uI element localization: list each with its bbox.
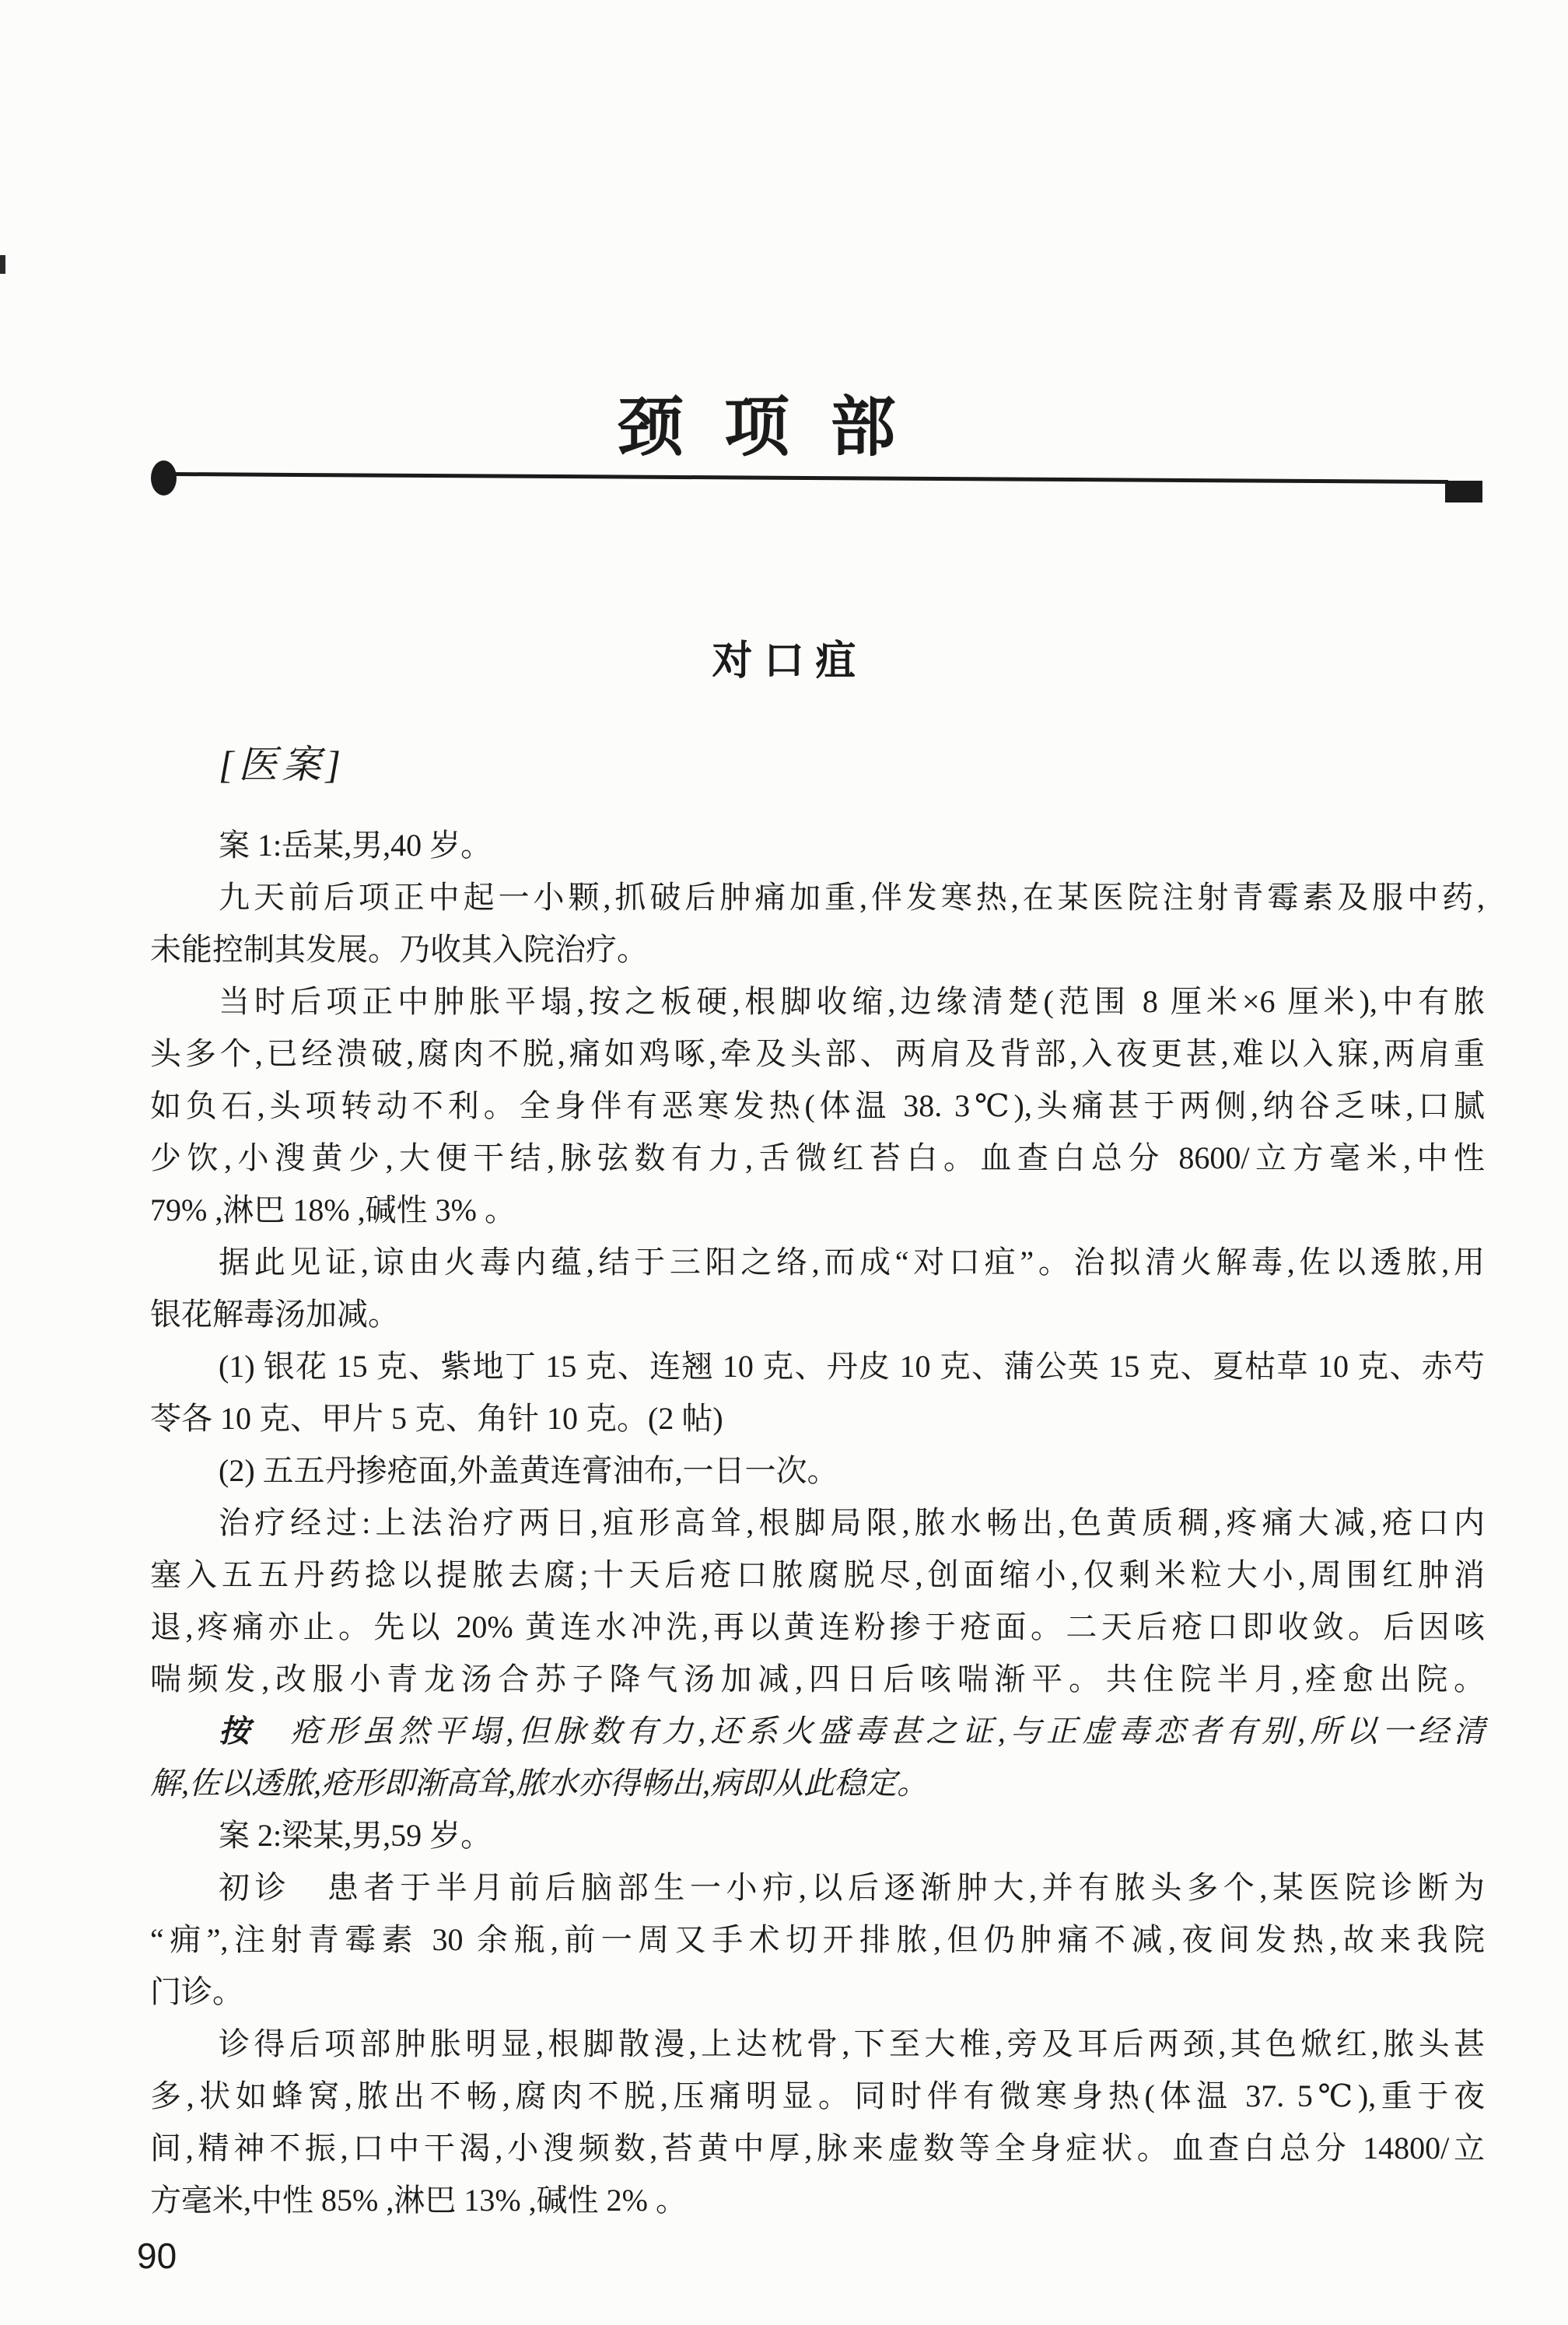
text-line: 苓各 10 克、甲片 5 克、角针 10 克。(2 帖) xyxy=(150,1392,1485,1444)
text-line: 头多个,已经溃破,腐肉不脱,痛如鸡啄,牵及头部、两肩及背部,入夜更甚,难以入寐,… xyxy=(150,1028,1485,1080)
text-line: 方毫米,中性 85% ,淋巴 13% ,碱性 2% 。 xyxy=(150,2174,1485,2226)
scan-artifact xyxy=(0,255,5,274)
section-title: 对 口 疽 xyxy=(0,638,1568,685)
text-line: 门诊。 xyxy=(150,1966,1485,2018)
text-line: 少饮,小溲黄少,大便干结,脉弦数有力,舌微红苔白。血查白总分 8600/立方毫米… xyxy=(150,1132,1485,1184)
text-line: 解,佐以透脓,疮形即渐高耸,脓水亦得畅出,病即从此稳定。 xyxy=(150,1757,1485,1809)
text-line: 多,状如蜂窝,脓出不畅,腐肉不脱,压痛明显。同时伴有微寒身热(体温 37. 5℃… xyxy=(150,2070,1485,2122)
emphasis-label: 按 xyxy=(219,1714,254,1749)
text-line: 退,疼痛亦止。先以 20% 黄连水冲洗,再以黄连粉掺于疮面。二天后疮口即收敛。后… xyxy=(150,1601,1485,1653)
text-line: 诊得后项部肿胀明显,根脚散漫,上达枕骨,下至大椎,旁及耳后两颈,其色焮红,脓头甚 xyxy=(150,2018,1485,2070)
divider-dot-icon xyxy=(151,460,177,495)
page-number: 90 xyxy=(137,2234,177,2278)
text-line: 据此见证,谅由火毒内蕴,结于三阳之络,而成“对口疽”。治拟清火解毒,佐以透脓,用 xyxy=(150,1236,1485,1288)
text-line: (1) 银花 15 克、紫地丁 15 克、连翘 10 克、丹皮 10 克、蒲公英… xyxy=(150,1340,1485,1392)
text-line: 银花解毒汤加减。 xyxy=(150,1288,1485,1340)
text-line: 当时后项正中肿胀平塌,按之板硬,根脚收缩,边缘清楚(范围 8 厘米×6 厘米),… xyxy=(150,975,1485,1028)
text-line: 案 2:梁某,男,59 岁。 xyxy=(150,1809,1485,1861)
text-line: 喘频发,改服小青龙汤合苏子降气汤加减,四日后咳喘渐平。共住院半月,痊愈出院。 xyxy=(150,1653,1485,1705)
body-text: 案 1:岳某,男,40 岁。九天前后项正中起一小颗,抓破后肿痛加重,伴发寒热,在… xyxy=(150,819,1485,2226)
book-page: 颈 项 部 对 口 疽 [医案] 案 1:岳某,男,40 岁。九天前后项正中起一… xyxy=(0,0,1568,2325)
text-line: 案 1:岳某,男,40 岁。 xyxy=(150,819,1485,871)
text-line: 治疗经过:上法治疗两日,疽形高耸,根脚局限,脓水畅出,色黄质稠,疼痛大减,疮口内 xyxy=(150,1497,1485,1549)
text-line: 间,精神不振,口中干渴,小溲频数,苔黄中厚,脉来虚数等全身症状。血查白总分 14… xyxy=(150,2122,1485,2174)
text-line: 按 疮形虽然平塌,但脉数有力,还系火盛毒甚之证,与正虚毒恋者有别,所以一经清 xyxy=(150,1705,1485,1757)
divider-rule xyxy=(174,472,1448,484)
text-line: 未能控制其发展。乃收其入院治疗。 xyxy=(150,923,1485,975)
text-line: 如负石,头项转动不利。全身伴有恶寒发热(体温 38. 3℃),头痛甚于两侧,纳谷… xyxy=(150,1080,1485,1132)
case-header: [医案] xyxy=(219,741,345,789)
text-line: 初诊 患者于半月前后脑部生一小疖,以后逐渐肿大,并有脓头多个,某医院诊断为 xyxy=(150,1861,1485,1914)
text-line: 塞入五五丹药捻以提脓去腐;十天后疮口脓腐脱尽,创面缩小,仅剩米粒大小,周围红肿消 xyxy=(150,1549,1485,1601)
text-line: “痈”,注射青霉素 30 余瓶,前一周又手术切开排脓,但仍肿痛不减,夜间发热,故… xyxy=(150,1914,1485,1966)
text-line: (2) 五五丹掺疮面,外盖黄连膏油布,一日一次。 xyxy=(150,1444,1485,1497)
text-line: 79% ,淋巴 18% ,碱性 3% 。 xyxy=(150,1184,1485,1236)
chapter-title: 颈 项 部 xyxy=(0,392,1542,462)
divider-endcap xyxy=(1445,481,1482,502)
text-line: 九天前后项正中起一小颗,抓破后肿痛加重,伴发寒热,在某医院注射青霉素及服中药, xyxy=(150,871,1485,923)
